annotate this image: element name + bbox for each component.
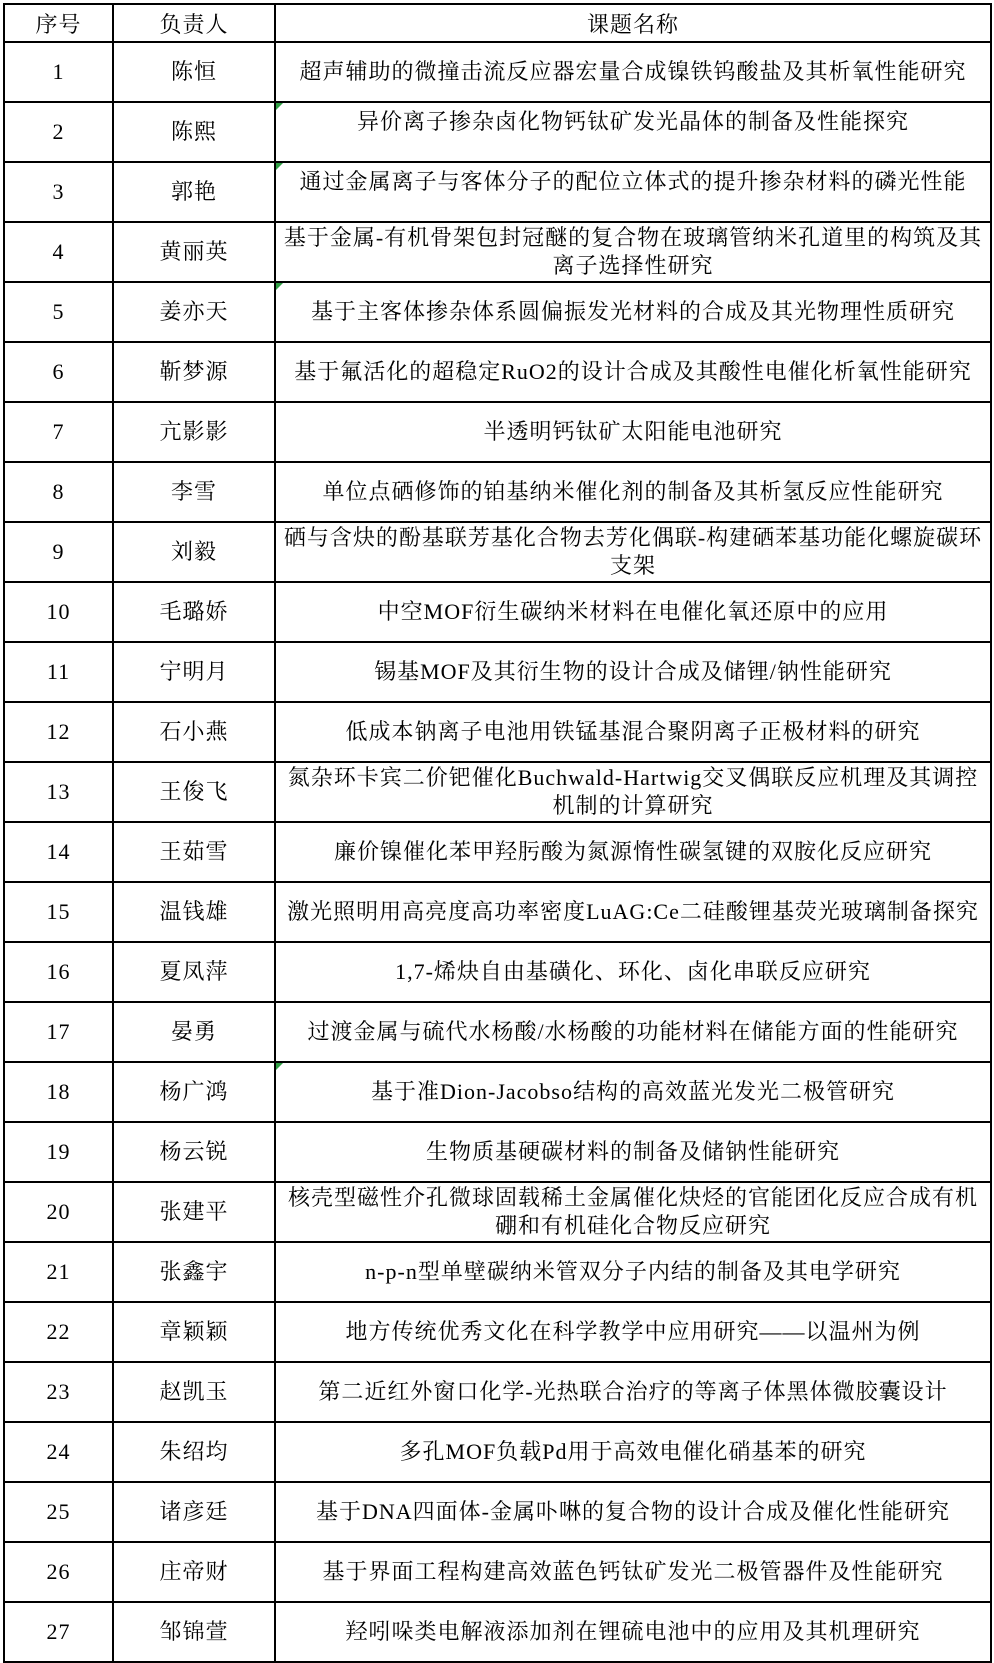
row-title: 硒与含炔的酚基联芳基化合物去芳化偶联-构建硒苯基功能化螺旋碳环支架 bbox=[284, 525, 982, 578]
table-row: 23 赵凯玉 第二近红外窗口化学-光热联合治疗的等离子体黑体微胶囊设计 bbox=[4, 1362, 991, 1422]
row-index: 15 bbox=[4, 882, 113, 942]
row-title: 氮杂环卡宾二价钯催化Buchwald-Hartwig交叉偶联反应机理及其调控机制… bbox=[288, 765, 979, 818]
table-row: 7 亢影影 半透明钙钛矿太阳能电池研究 bbox=[4, 402, 991, 462]
row-index: 10 bbox=[4, 582, 113, 642]
row-index: 17 bbox=[4, 1002, 113, 1062]
row-leader: 温钱雄 bbox=[113, 882, 275, 942]
title-cell: 氮杂环卡宾二价钯催化Buchwald-Hartwig交叉偶联反应机理及其调控机制… bbox=[275, 762, 991, 822]
table-row: 6 靳梦源 基于氟活化的超稳定RuO2的设计合成及其酸性电催化析氧性能研究 bbox=[4, 342, 991, 402]
row-title: 通过金属离子与客体分子的配位立体式的提升掺杂材料的磷光性能 bbox=[299, 169, 966, 194]
table-row: 17 晏勇 过渡金属与硫代水杨酸/水杨酸的功能材料在储能方面的性能研究 bbox=[4, 1002, 991, 1062]
title-cell: 中空MOF衍生碳纳米材料在电催化氧还原中的应用 bbox=[275, 582, 991, 642]
row-title: 多孔MOF负载Pd用于高效电催化硝基苯的研究 bbox=[400, 1439, 867, 1464]
row-index: 11 bbox=[4, 642, 113, 702]
title-cell: 基于金属-有机骨架包封冠醚的复合物在玻璃管纳米孔道里的构筑及其离子选择性研究 bbox=[275, 222, 991, 282]
row-leader: 刘毅 bbox=[113, 522, 275, 582]
table-row: 24 朱绍均 多孔MOF负载Pd用于高效电催化硝基苯的研究 bbox=[4, 1422, 991, 1482]
table-row: 1 陈恒 超声辅助的微撞击流反应器宏量合成镍铁钨酸盐及其析氧性能研究 bbox=[4, 42, 991, 102]
row-leader: 郭艳 bbox=[113, 162, 275, 222]
row-title: 激光照明用高亮度高功率密度LuAG:Ce二硅酸锂基荧光玻璃制备探究 bbox=[287, 899, 979, 924]
title-cell: 1,7-烯炔自由基磺化、环化、卤化串联反应研究 bbox=[275, 942, 991, 1002]
table-row: 8 李雪 单位点硒修饰的铂基纳米催化剂的制备及其析氢反应性能研究 bbox=[4, 462, 991, 522]
table-row: 20 张建平 核壳型磁性介孔微球固载稀土金属催化炔烃的官能团化反应合成有机硼和有… bbox=[4, 1182, 991, 1242]
row-title: 羟吲哚类电解液添加剂在锂硫电池中的应用及其机理研究 bbox=[345, 1619, 920, 1644]
title-cell: 通过金属离子与客体分子的配位立体式的提升掺杂材料的磷光性能 bbox=[275, 162, 991, 222]
cell-flag-icon bbox=[276, 163, 283, 170]
row-leader: 杨广鸿 bbox=[113, 1062, 275, 1122]
row-index: 4 bbox=[4, 222, 113, 282]
row-title: 核壳型磁性介孔微球固载稀土金属催化炔烃的官能团化反应合成有机硼和有机硅化合物反应… bbox=[288, 1185, 978, 1238]
title-cell: 多孔MOF负载Pd用于高效电催化硝基苯的研究 bbox=[275, 1422, 991, 1482]
row-leader: 李雪 bbox=[113, 462, 275, 522]
row-index: 9 bbox=[4, 522, 113, 582]
row-title: 低成本钠离子电池用铁锰基混合聚阴离子正极材料的研究 bbox=[345, 719, 920, 744]
row-title: 1,7-烯炔自由基磺化、环化、卤化串联反应研究 bbox=[395, 959, 871, 984]
row-title: 基于主客体掺杂体系圆偏振发光材料的合成及其光物理性质研究 bbox=[311, 299, 955, 324]
row-index: 22 bbox=[4, 1302, 113, 1362]
row-leader: 诸彦廷 bbox=[113, 1482, 275, 1542]
title-cell: 核壳型磁性介孔微球固载稀土金属催化炔烃的官能团化反应合成有机硼和有机硅化合物反应… bbox=[275, 1182, 991, 1242]
row-leader: 黄丽英 bbox=[113, 222, 275, 282]
title-cell: 基于DNA四面体-金属卟啉的复合物的设计合成及催化性能研究 bbox=[275, 1482, 991, 1542]
row-leader: 夏凤萍 bbox=[113, 942, 275, 1002]
row-index: 13 bbox=[4, 762, 113, 822]
title-cell: 生物质基硬碳材料的制备及储钠性能研究 bbox=[275, 1122, 991, 1182]
row-leader: 庄帝财 bbox=[113, 1542, 275, 1602]
table-row: 15 温钱雄 激光照明用高亮度高功率密度LuAG:Ce二硅酸锂基荧光玻璃制备探究 bbox=[4, 882, 991, 942]
table-row: 16 夏凤萍 1,7-烯炔自由基磺化、环化、卤化串联反应研究 bbox=[4, 942, 991, 1002]
row-index: 3 bbox=[4, 162, 113, 222]
row-title: 半透明钙钛矿太阳能电池研究 bbox=[483, 419, 782, 444]
row-leader: 邹锦萱 bbox=[113, 1602, 275, 1662]
table-row: 2 陈熙 异价离子掺杂卤化物钙钛矿发光晶体的制备及性能探究 bbox=[4, 102, 991, 162]
title-cell: 低成本钠离子电池用铁锰基混合聚阴离子正极材料的研究 bbox=[275, 702, 991, 762]
row-leader: 晏勇 bbox=[113, 1002, 275, 1062]
row-index: 24 bbox=[4, 1422, 113, 1482]
row-leader: 朱绍均 bbox=[113, 1422, 275, 1482]
table-row: 21 张鑫宇 n-p-n型单壁碳纳米管双分子内结的制备及其电学研究 bbox=[4, 1242, 991, 1302]
header-leader: 负责人 bbox=[113, 4, 275, 42]
projects-table: 序号 负责人 课题名称 1 陈恒 超声辅助的微撞击流反应器宏量合成镍铁钨酸盐及其… bbox=[3, 3, 992, 1663]
row-title: 基于金属-有机骨架包封冠醚的复合物在玻璃管纳米孔道里的构筑及其离子选择性研究 bbox=[284, 225, 982, 278]
row-leader: 杨云锐 bbox=[113, 1122, 275, 1182]
row-index: 6 bbox=[4, 342, 113, 402]
row-index: 21 bbox=[4, 1242, 113, 1302]
title-cell: 基于准Dion-Jacobso结构的高效蓝光发光二极管研究 bbox=[275, 1062, 991, 1122]
row-title: 中空MOF衍生碳纳米材料在电催化氧还原中的应用 bbox=[378, 599, 889, 624]
table-row: 27 邹锦萱 羟吲哚类电解液添加剂在锂硫电池中的应用及其机理研究 bbox=[4, 1602, 991, 1662]
row-index: 5 bbox=[4, 282, 113, 342]
table-row: 19 杨云锐 生物质基硬碳材料的制备及储钠性能研究 bbox=[4, 1122, 991, 1182]
row-title: 廉价镍催化苯甲羟肟酸为氮源惰性碳氢键的双胺化反应研究 bbox=[334, 839, 932, 864]
row-title: 锡基MOF及其衍生物的设计合成及储锂/钠性能研究 bbox=[374, 659, 892, 684]
table-row: 25 诸彦廷 基于DNA四面体-金属卟啉的复合物的设计合成及催化性能研究 bbox=[4, 1482, 991, 1542]
row-title: 基于DNA四面体-金属卟啉的复合物的设计合成及催化性能研究 bbox=[316, 1499, 950, 1524]
title-cell: n-p-n型单壁碳纳米管双分子内结的制备及其电学研究 bbox=[275, 1242, 991, 1302]
title-cell: 第二近红外窗口化学-光热联合治疗的等离子体黑体微胶囊设计 bbox=[275, 1362, 991, 1422]
row-leader: 陈熙 bbox=[113, 102, 275, 162]
table-header: 序号 负责人 课题名称 bbox=[4, 4, 991, 42]
table-row: 3 郭艳 通过金属离子与客体分子的配位立体式的提升掺杂材料的磷光性能 bbox=[4, 162, 991, 222]
table-row: 13 王俊飞 氮杂环卡宾二价钯催化Buchwald-Hartwig交叉偶联反应机… bbox=[4, 762, 991, 822]
cell-flag-icon bbox=[276, 283, 283, 290]
row-title: 基于氟活化的超稳定RuO2的设计合成及其酸性电催化析氧性能研究 bbox=[294, 359, 972, 384]
table-row: 22 章颖颖 地方传统优秀文化在科学教学中应用研究——以温州为例 bbox=[4, 1302, 991, 1362]
row-title: 生物质基硬碳材料的制备及储钠性能研究 bbox=[426, 1139, 840, 1164]
row-leader: 毛璐娇 bbox=[113, 582, 275, 642]
row-leader: 姜亦天 bbox=[113, 282, 275, 342]
title-cell: 单位点硒修饰的铂基纳米催化剂的制备及其析氢反应性能研究 bbox=[275, 462, 991, 522]
table-row: 4 黄丽英 基于金属-有机骨架包封冠醚的复合物在玻璃管纳米孔道里的构筑及其离子选… bbox=[4, 222, 991, 282]
row-index: 14 bbox=[4, 822, 113, 882]
cell-flag-icon bbox=[276, 1063, 283, 1070]
table-row: 9 刘毅 硒与含炔的酚基联芳基化合物去芳化偶联-构建硒苯基功能化螺旋碳环支架 bbox=[4, 522, 991, 582]
row-leader: 赵凯玉 bbox=[113, 1362, 275, 1422]
row-index: 19 bbox=[4, 1122, 113, 1182]
title-cell: 异价离子掺杂卤化物钙钛矿发光晶体的制备及性能探究 bbox=[275, 102, 991, 162]
title-cell: 基于主客体掺杂体系圆偏振发光材料的合成及其光物理性质研究 bbox=[275, 282, 991, 342]
table-row: 12 石小燕 低成本钠离子电池用铁锰基混合聚阴离子正极材料的研究 bbox=[4, 702, 991, 762]
row-index: 27 bbox=[4, 1602, 113, 1662]
row-title: 单位点硒修饰的铂基纳米催化剂的制备及其析氢反应性能研究 bbox=[322, 479, 943, 504]
title-cell: 廉价镍催化苯甲羟肟酸为氮源惰性碳氢键的双胺化反应研究 bbox=[275, 822, 991, 882]
row-title: 过渡金属与硫代水杨酸/水杨酸的功能材料在储能方面的性能研究 bbox=[307, 1019, 958, 1044]
row-title: n-p-n型单壁碳纳米管双分子内结的制备及其电学研究 bbox=[365, 1259, 901, 1284]
header-row: 序号 负责人 课题名称 bbox=[4, 4, 991, 42]
row-leader: 靳梦源 bbox=[113, 342, 275, 402]
title-cell: 硒与含炔的酚基联芳基化合物去芳化偶联-构建硒苯基功能化螺旋碳环支架 bbox=[275, 522, 991, 582]
row-title: 地方传统优秀文化在科学教学中应用研究——以温州为例 bbox=[345, 1319, 920, 1344]
row-title: 基于界面工程构建高效蓝色钙钛矿发光二极管器件及性能研究 bbox=[322, 1559, 943, 1584]
table-row: 10 毛璐娇 中空MOF衍生碳纳米材料在电催化氧还原中的应用 bbox=[4, 582, 991, 642]
row-index: 25 bbox=[4, 1482, 113, 1542]
row-index: 20 bbox=[4, 1182, 113, 1242]
table-row: 18 杨广鸿 基于准Dion-Jacobso结构的高效蓝光发光二极管研究 bbox=[4, 1062, 991, 1122]
row-leader: 张鑫宇 bbox=[113, 1242, 275, 1302]
title-cell: 基于界面工程构建高效蓝色钙钛矿发光二极管器件及性能研究 bbox=[275, 1542, 991, 1602]
row-leader: 王俊飞 bbox=[113, 762, 275, 822]
header-index: 序号 bbox=[4, 4, 113, 42]
table-row: 26 庄帝财 基于界面工程构建高效蓝色钙钛矿发光二极管器件及性能研究 bbox=[4, 1542, 991, 1602]
row-leader: 章颖颖 bbox=[113, 1302, 275, 1362]
title-cell: 过渡金属与硫代水杨酸/水杨酸的功能材料在储能方面的性能研究 bbox=[275, 1002, 991, 1062]
table-body: 1 陈恒 超声辅助的微撞击流反应器宏量合成镍铁钨酸盐及其析氧性能研究 2 陈熙 … bbox=[4, 42, 991, 1662]
table-row: 11 宁明月 锡基MOF及其衍生物的设计合成及储锂/钠性能研究 bbox=[4, 642, 991, 702]
row-index: 18 bbox=[4, 1062, 113, 1122]
row-leader: 亢影影 bbox=[113, 402, 275, 462]
row-leader: 陈恒 bbox=[113, 42, 275, 102]
title-cell: 地方传统优秀文化在科学教学中应用研究——以温州为例 bbox=[275, 1302, 991, 1362]
title-cell: 超声辅助的微撞击流反应器宏量合成镍铁钨酸盐及其析氧性能研究 bbox=[275, 42, 991, 102]
row-index: 1 bbox=[4, 42, 113, 102]
row-index: 7 bbox=[4, 402, 113, 462]
title-cell: 激光照明用高亮度高功率密度LuAG:Ce二硅酸锂基荧光玻璃制备探究 bbox=[275, 882, 991, 942]
cell-flag-icon bbox=[276, 103, 283, 110]
row-leader: 王茹雪 bbox=[113, 822, 275, 882]
row-index: 12 bbox=[4, 702, 113, 762]
title-cell: 羟吲哚类电解液添加剂在锂硫电池中的应用及其机理研究 bbox=[275, 1602, 991, 1662]
title-cell: 半透明钙钛矿太阳能电池研究 bbox=[275, 402, 991, 462]
row-index: 23 bbox=[4, 1362, 113, 1422]
row-leader: 石小燕 bbox=[113, 702, 275, 762]
row-leader: 宁明月 bbox=[113, 642, 275, 702]
row-index: 16 bbox=[4, 942, 113, 1002]
title-cell: 锡基MOF及其衍生物的设计合成及储锂/钠性能研究 bbox=[275, 642, 991, 702]
title-cell: 基于氟活化的超稳定RuO2的设计合成及其酸性电催化析氧性能研究 bbox=[275, 342, 991, 402]
row-index: 8 bbox=[4, 462, 113, 522]
table-row: 14 王茹雪 廉价镍催化苯甲羟肟酸为氮源惰性碳氢键的双胺化反应研究 bbox=[4, 822, 991, 882]
row-title: 异价离子掺杂卤化物钙钛矿发光晶体的制备及性能探究 bbox=[357, 109, 909, 134]
row-leader: 张建平 bbox=[113, 1182, 275, 1242]
row-title: 基于准Dion-Jacobso结构的高效蓝光发光二极管研究 bbox=[371, 1079, 895, 1104]
row-index: 2 bbox=[4, 102, 113, 162]
header-title: 课题名称 bbox=[275, 4, 991, 42]
row-title: 超声辅助的微撞击流反应器宏量合成镍铁钨酸盐及其析氧性能研究 bbox=[299, 59, 966, 84]
table-row: 5 姜亦天 基于主客体掺杂体系圆偏振发光材料的合成及其光物理性质研究 bbox=[4, 282, 991, 342]
row-index: 26 bbox=[4, 1542, 113, 1602]
page: 序号 负责人 课题名称 1 陈恒 超声辅助的微撞击流反应器宏量合成镍铁钨酸盐及其… bbox=[0, 0, 994, 1663]
row-title: 第二近红外窗口化学-光热联合治疗的等离子体黑体微胶囊设计 bbox=[318, 1379, 947, 1404]
